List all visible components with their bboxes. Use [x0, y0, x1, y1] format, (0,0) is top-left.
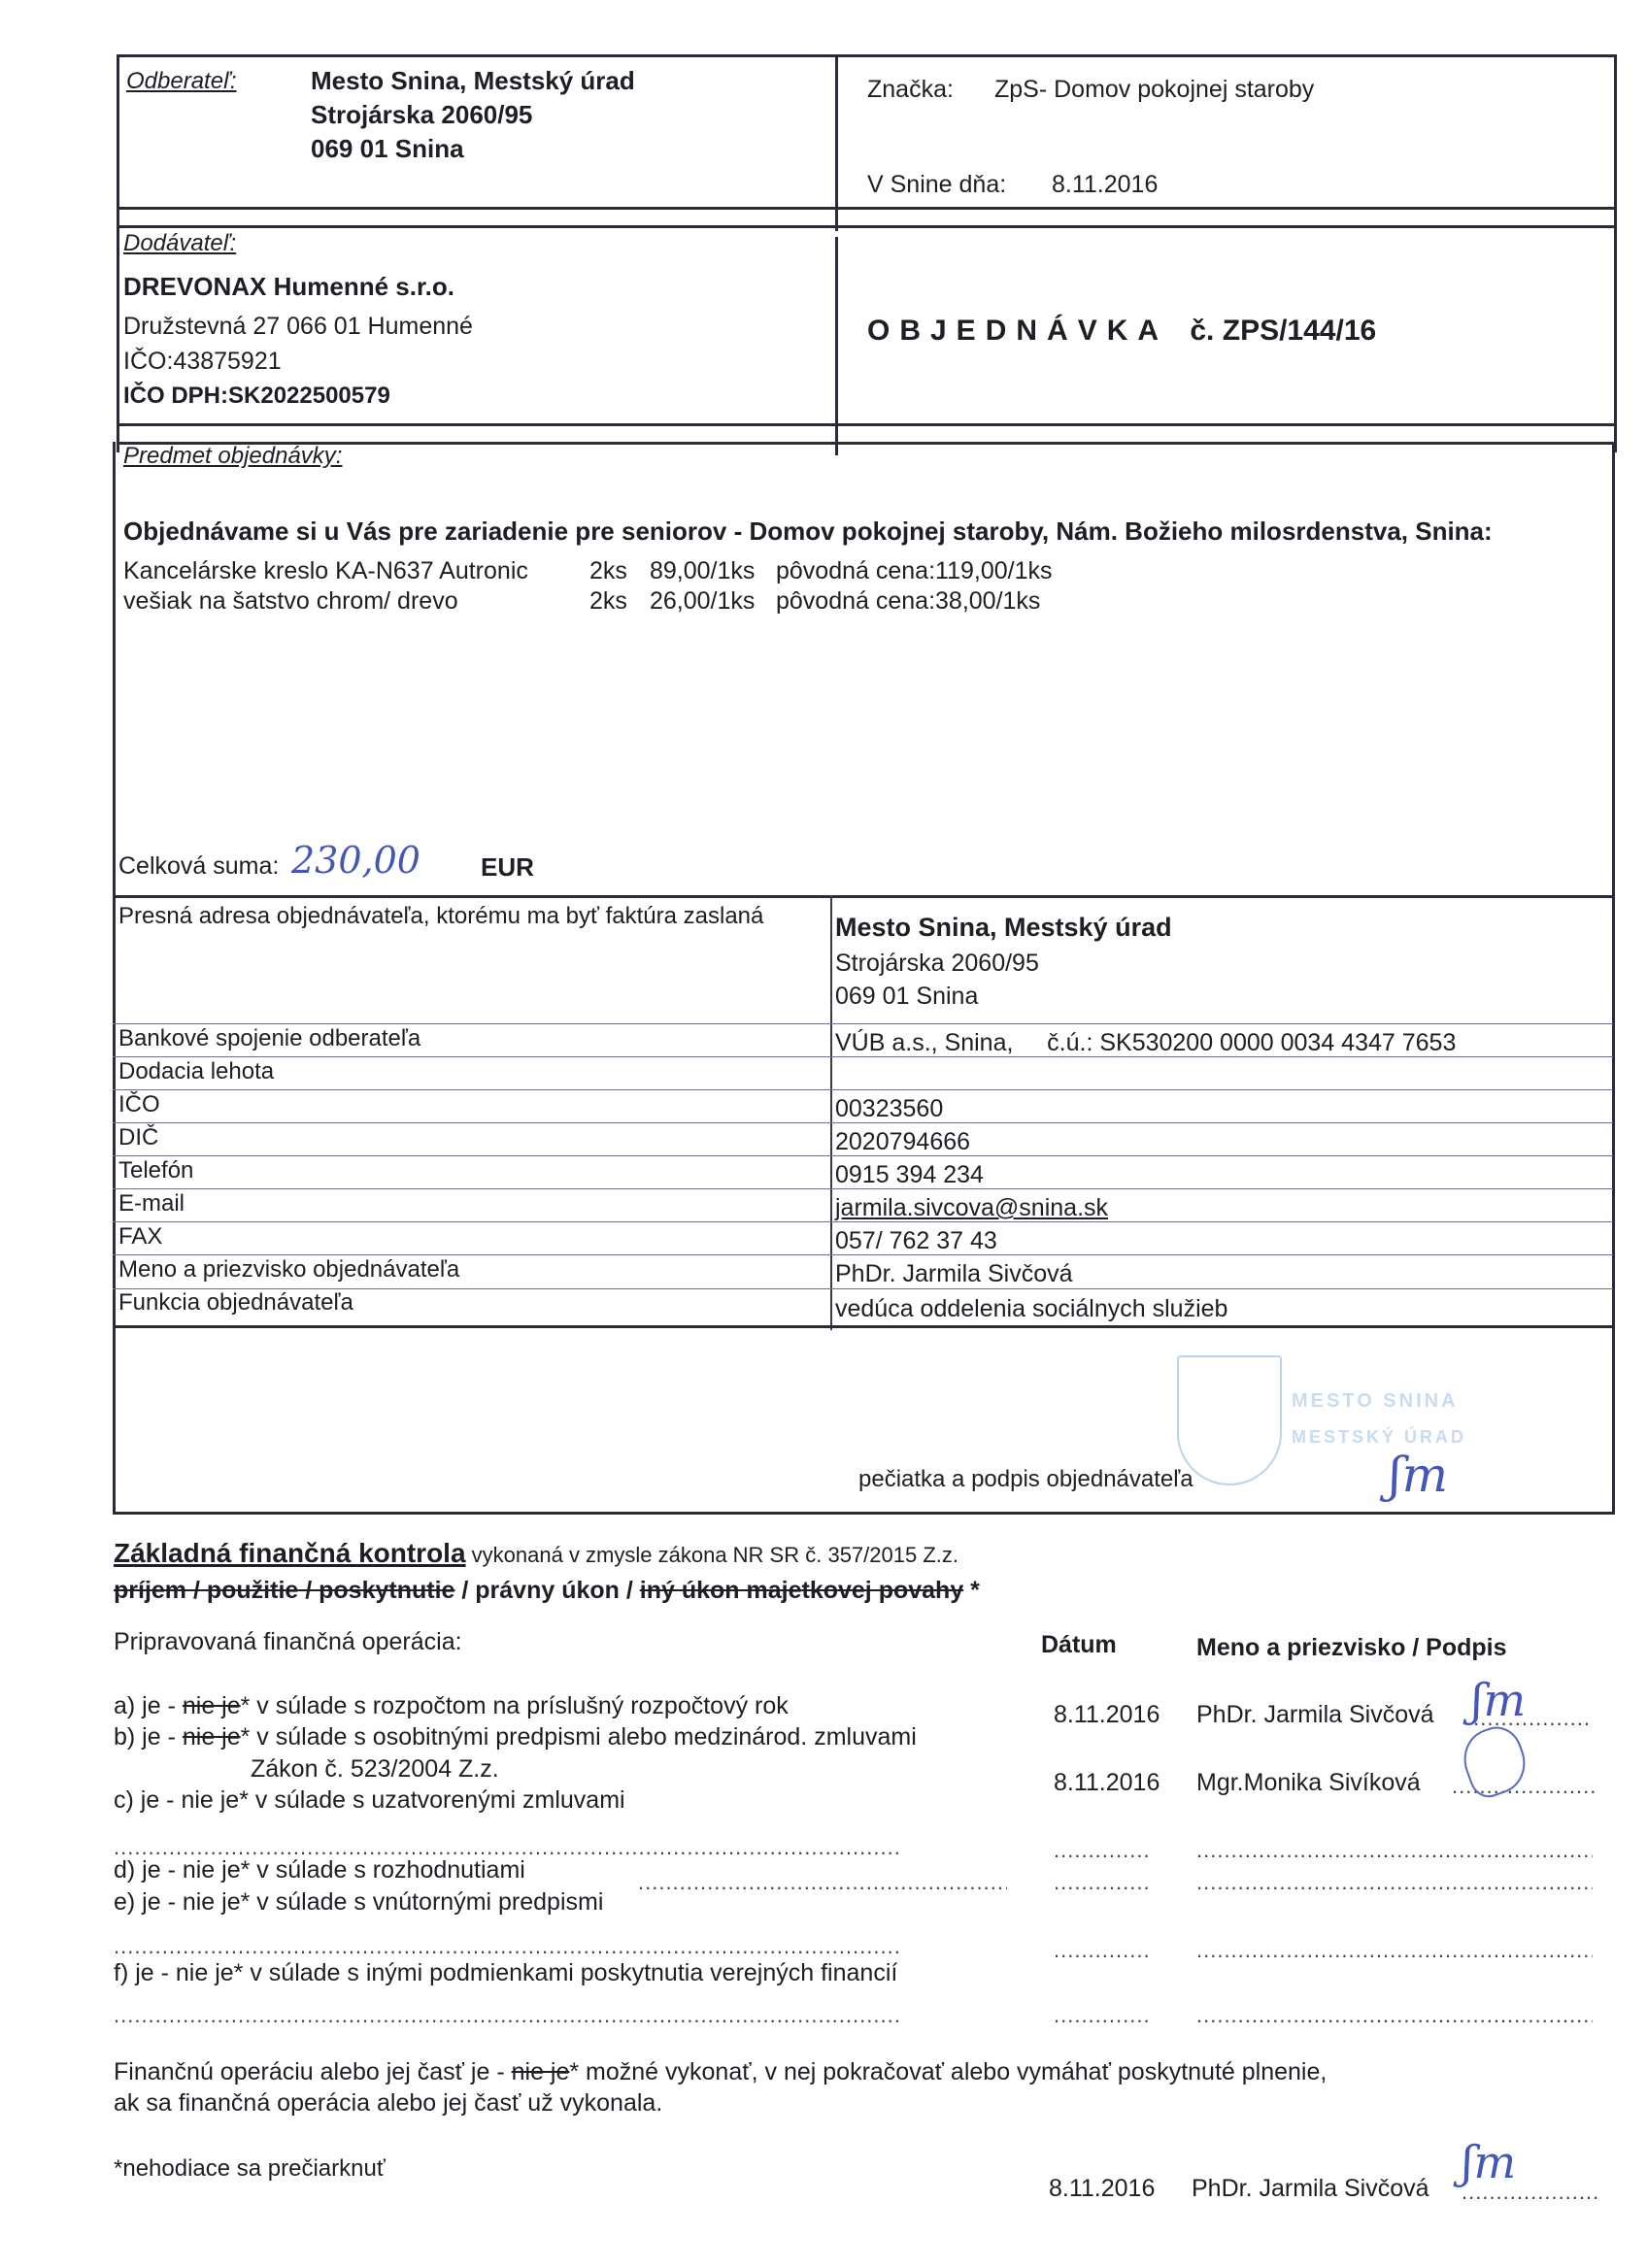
detail-value-fax: 057/ 762 37 43 [835, 1227, 997, 1255]
detail-label: Meno a priezvisko objednávateľa [118, 1256, 459, 1284]
detail-value-email[interactable]: jarmila.sivcova@snina.sk [835, 1194, 1108, 1222]
item-prefix: e) je - nie je [114, 1888, 241, 1916]
control-type-line: príjem / použitie / poskytnutie / právny… [114, 1577, 980, 1605]
signature-name-1: PhDr. Jarmila Sivčová [1196, 1701, 1434, 1729]
signature-name-2: Mgr.Monika Sivíková [1196, 1769, 1421, 1797]
control-item-c: c) je - nie je* v súlade s uzatvorenými … [114, 1786, 625, 1815]
customer-street: Strojárska 2060/95 [311, 100, 532, 130]
dotted-line: ........................................… [1196, 2003, 1593, 2028]
subject-intro: Objednávame si u Vás pre zariadenie pre … [123, 517, 1493, 547]
detail-value-bank: VÚB a.s., Snina, č.ú.: SK530200 0000 003… [835, 1029, 1456, 1057]
final-date: 8.11.2016 [1049, 2175, 1155, 2203]
control-type-kept: právny úkon [475, 1577, 620, 1604]
item-qty: 2ks [589, 587, 650, 616]
customer-label: Odberateľ: [126, 68, 236, 95]
supplier-ico-dph: IČO DPH:SK2022500579 [123, 383, 390, 410]
item-original-price: pôvodná cena:119,00/1ks [776, 557, 1053, 584]
stamp-text-2: MESTSKÝ ÚRAD [1292, 1427, 1466, 1448]
detail-value-phone: 0915 394 234 [835, 1161, 984, 1189]
item-prefix: b) je - [114, 1723, 183, 1751]
dotted-line: ........................................… [1196, 1938, 1593, 1963]
detail-label: Bankové spojenie odberateľa [118, 1025, 420, 1052]
item-prefix: d) je - nie je [114, 1856, 241, 1884]
item-text: * v súlade s vnútornými predpismi [241, 1888, 604, 1916]
billing-name: Mesto Snina, Mestský úrad [835, 913, 1172, 943]
detail-label: IČO [118, 1091, 160, 1118]
stamp-caption: pečiatka a podpis objednávateľa [858, 1466, 1193, 1493]
detail-label: FAX [118, 1223, 162, 1251]
signature-1: ʃm [1471, 1674, 1526, 1726]
date-label: V Snine dňa: [867, 171, 1006, 199]
signature-stamp: ʃm [1389, 1447, 1448, 1503]
column-name: Meno a priezvisko / Podpis [1196, 1634, 1507, 1662]
control-item-e: e) je - nie je* v súlade s vnútornými pr… [114, 1888, 603, 1917]
detail-label: DIČ [118, 1124, 158, 1151]
supplier-ico: IČO:43875921 [123, 348, 282, 376]
control-type-struck-1: príjem / použitie / poskytnutie [114, 1577, 454, 1604]
item-name: Kancelárske kreslo KA-N637 Autronic [123, 557, 589, 585]
detail-label: Funkcia objednávateľa [118, 1289, 353, 1317]
conclusion-struck: nie je [512, 2058, 570, 2085]
supplier-name: DREVONAX Humenné s.r.o. [123, 272, 454, 302]
detail-value-ico: 00323560 [835, 1095, 943, 1123]
control-item-b: b) je - nie je* v súlade s osobitnými pr… [114, 1723, 917, 1751]
detail-value-function: vedúca oddelenia sociálnych služieb [835, 1295, 1227, 1323]
item-struck: nie je [183, 1723, 241, 1751]
dotted-line: ........................................… [638, 1870, 1007, 1895]
billing-city: 069 01 Snina [835, 983, 978, 1011]
total-value-handwritten: 230,00 [291, 839, 420, 882]
dotted-line: ........................................… [1054, 2003, 1151, 2028]
order-item: Kancelárske kreslo KA-N637 Autronic2ks89… [123, 557, 1053, 585]
item-text: * v súlade s inými podmienkami poskytnut… [234, 1959, 898, 1986]
control-heading: Základná finančná kontrola [114, 1538, 466, 1568]
detail-label: E-mail [118, 1190, 185, 1217]
dotted-line: ........................................… [1196, 1838, 1593, 1863]
customer-name: Mesto Snina, Mestský úrad [311, 66, 635, 96]
detail-label: Dodacia lehota [118, 1058, 274, 1085]
order-number: ZPS/144/16 [1223, 315, 1376, 347]
item-name: vešiak na šatstvo chrom/ drevo [123, 587, 589, 616]
order-title: OBJEDNÁVKA [867, 315, 1168, 347]
order-title-block: OBJEDNÁVKA č. ZPS/144/16 [867, 315, 1376, 348]
column-date: Dátum [1041, 1631, 1117, 1659]
signature-final: ʃm [1462, 2136, 1516, 2188]
dotted-line: ........................................… [1054, 1938, 1151, 1963]
billing-street: Strojárska 2060/95 [835, 950, 1039, 978]
reference-value: ZpS- Domov pokojnej staroby [994, 76, 1314, 104]
item-text: * v súlade s rozpočtom na príslušný rozp… [241, 1692, 789, 1719]
order-item: vešiak na šatstvo chrom/ drevo2ks26,00/1… [123, 587, 1040, 616]
item-qty: 2ks [589, 557, 650, 585]
detail-value-dic: 2020794666 [835, 1128, 970, 1156]
reference-label: Značka: [867, 76, 954, 104]
supplier-address: Družstevná 27 066 01 Humenné [123, 313, 473, 341]
subject-label: Predmet objednávky: [123, 443, 342, 470]
control-type-struck-2: iný úkon majetkovej povahy [640, 1577, 963, 1604]
conclusion-pre: Finančnú operáciu alebo jej časť je - [114, 2058, 512, 2085]
signature-date-2: 8.11.2016 [1054, 1769, 1160, 1797]
date-value: 8.11.2016 [1052, 171, 1158, 199]
control-heading-line: Základná finančná kontrola vykonaná v zm… [114, 1538, 958, 1569]
billing-label: Presná adresa objednávateľa, ktorému ma … [118, 903, 763, 930]
item-prefix: c) je - nie je [114, 1786, 239, 1814]
control-heading-rest: vykonaná v zmysle zákona NR SR č. 357/20… [472, 1543, 958, 1567]
item-original-price: pôvodná cena:38,00/1ks [776, 587, 1040, 615]
control-item-b-law: Zákon č. 523/2004 Z.z. [251, 1755, 499, 1784]
asterisk: * [963, 1577, 980, 1604]
supplier-label: Dodávateľ: [123, 230, 236, 257]
conclusion-post: * možné vykonať, v nej pokračovať alebo … [569, 2058, 1327, 2085]
footnote: *nehodiace sa prečiarknuť [114, 2155, 386, 2183]
control-item-a: a) je - nie je* v súlade s rozpočtom na … [114, 1692, 789, 1720]
control-item-d: d) je - nie je* v súlade s rozhodnutiami [114, 1856, 525, 1884]
item-price: 89,00/1ks [650, 557, 776, 585]
dotted-line: ........................................… [1054, 1870, 1151, 1895]
separator: / [620, 1577, 640, 1604]
item-text: * v súlade s uzatvorenými zmluvami [239, 1786, 624, 1814]
stamp-text-1: MESTO SNINA [1292, 1390, 1459, 1413]
item-prefix: a) je - [114, 1692, 183, 1719]
conclusion-line-1: Finančnú operáciu alebo jej časť je - ni… [114, 2058, 1327, 2086]
item-text: * v súlade s osobitnými predpismi alebo … [241, 1723, 917, 1751]
conclusion-line-2: ak sa finančná operácia alebo jej časť u… [114, 2089, 662, 2118]
item-prefix: f) je - nie je [114, 1959, 234, 1986]
signature-date-1: 8.11.2016 [1054, 1701, 1160, 1729]
control-item-f: f) je - nie je* v súlade s inými podmien… [114, 1959, 897, 1987]
item-text: * v súlade s rozhodnutiami [241, 1856, 525, 1884]
total-label: Celková suma: [118, 852, 279, 881]
dotted-line: ........................................… [1196, 1870, 1593, 1895]
final-name: PhDr. Jarmila Sivčová [1192, 2175, 1429, 2203]
detail-label: Telefón [118, 1157, 193, 1184]
total-currency: EUR [481, 852, 534, 883]
dotted-line: ........................................… [1054, 1838, 1151, 1863]
dotted-line: ........................................… [114, 1934, 1007, 1959]
detail-value-name: PhDr. Jarmila Sivčová [835, 1260, 1073, 1288]
separator: / [454, 1577, 475, 1604]
item-struck: nie je [183, 1692, 241, 1719]
operation-label: Pripravovaná finančná operácia: [114, 1628, 462, 1656]
order-number-prefix: č. [1190, 315, 1214, 347]
customer-city: 069 01 Snina [311, 134, 464, 164]
dotted-line: ........................................… [114, 2003, 1007, 2028]
item-price: 26,00/1ks [650, 587, 776, 616]
